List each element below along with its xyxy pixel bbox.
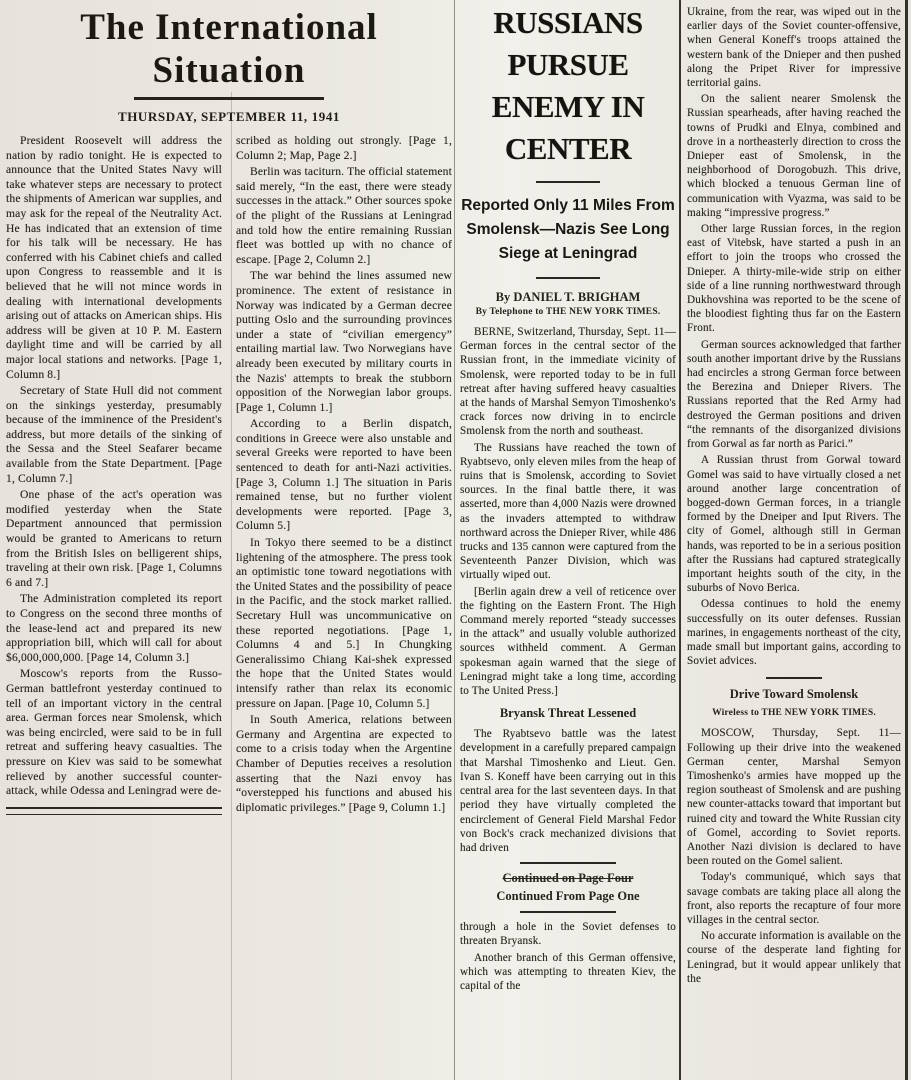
title-rule: [134, 97, 324, 100]
paragraph: Other large Russian forces, in the regio…: [687, 222, 901, 336]
paragraph: [Berlin again drew a veil of reticence o…: [460, 585, 676, 699]
left-column-2: scribed as holding out strongly. [Page 1…: [236, 134, 452, 817]
subhead-rule: [536, 277, 600, 279]
section-international-situation: The International Situation THURSDAY, SE…: [6, 6, 452, 817]
paragraph: Another branch of this German offensive,…: [460, 951, 676, 994]
subhead-line: Smolensk—Nazis See Long: [460, 218, 676, 242]
paragraph: Ukraine, from the rear, was wiped out in…: [687, 5, 901, 90]
article-continuation-column: Ukraine, from the rear, was wiped out in…: [687, 5, 901, 988]
paragraph: According to a Berlin dispatch, conditio…: [236, 417, 452, 534]
paragraph: Odessa continues to hold the enemy succe…: [687, 597, 901, 668]
article-subhead: Reported Only 11 Miles FromSmolensk—Nazi…: [460, 194, 676, 266]
continuation-body-2: MOSCOW, Thursday, Sept. 11—Following up …: [687, 726, 901, 986]
left-column-1: President Roosevelt will address the nat…: [6, 134, 222, 817]
byline: By DANIEL T. BRIGHAM: [460, 290, 676, 305]
crosshead-bryansk-threat: Bryansk Threat Lessened: [460, 706, 676, 721]
paragraph: Today's communiqué, which says that sava…: [687, 870, 901, 927]
paragraph: The war behind the lines assumed new pro…: [236, 269, 452, 415]
paragraph: The Ryabtsevo battle was the latest deve…: [460, 727, 676, 855]
headline-line: ENEMY IN CENTER: [460, 86, 676, 170]
paragraph: President Roosevelt will address the nat…: [6, 134, 222, 382]
paragraph: scribed as holding out strongly. [Page 1…: [236, 134, 452, 163]
paragraph: A Russian thrust from Gorwal toward Gome…: [687, 453, 901, 595]
continued-on-note: Continued on Page Four: [460, 871, 676, 886]
article-body-1: BERNE, Switzerland, Thursday, Sept. 11—G…: [460, 325, 676, 698]
paragraph: BERNE, Switzerland, Thursday, Sept. 11—G…: [460, 325, 676, 439]
article-body-3: through a hole in the Soviet defenses to…: [460, 920, 676, 993]
wire-credit: Wireless to THE NEW YORK TIMES.: [687, 708, 901, 718]
subhead-line: Reported Only 11 Miles From: [460, 194, 676, 218]
paragraph: Berlin was taciturn. The official statem…: [236, 165, 452, 267]
crosshead-rule: [766, 677, 822, 679]
crosshead-drive-toward-smolensk: Drive Toward Smolensk: [687, 687, 901, 702]
left-columns: President Roosevelt will address the nat…: [6, 134, 452, 817]
page-edge-rule: [905, 0, 908, 1080]
paragraph: On the salient nearer Smolensk the Russi…: [687, 92, 901, 220]
paragraph: The Russians have reached the town of Ry…: [460, 441, 676, 583]
headline-line: RUSSIANS PURSUE: [460, 2, 676, 86]
paragraph: In South America, relations between Germ…: [236, 713, 452, 815]
paragraph: MOSCOW, Thursday, Sept. 11—Following up …: [687, 726, 901, 868]
continued-rule-bottom: [520, 911, 616, 913]
article-end-rule: [6, 807, 222, 815]
paragraph: In Tokyo there seemed to be a distinct l…: [236, 536, 452, 711]
paragraph: One phase of the act's operation was mod…: [6, 488, 222, 590]
paragraph: No accurate information is available on …: [687, 929, 901, 986]
newspaper-page: The International Situation THURSDAY, SE…: [0, 0, 911, 1080]
article-russians-pursue-enemy: RUSSIANS PURSUEENEMY IN CENTER Reported …: [460, 2, 676, 995]
paragraph: German sources acknowledged that farther…: [687, 338, 901, 452]
column-divider: [679, 0, 681, 1080]
paragraph: Secretary of State Hull did not comment …: [6, 384, 222, 486]
continued-rule-top: [520, 862, 616, 864]
left-column-1-body: President Roosevelt will address the nat…: [6, 134, 222, 799]
paragraph: Moscow's reports from the Russo-German b…: [6, 667, 222, 798]
continuation-body-1: Ukraine, from the rear, was wiped out in…: [687, 5, 901, 668]
column-divider: [454, 0, 455, 1080]
paragraph: through a hole in the Soviet defenses to…: [460, 920, 676, 948]
section-title: The International Situation: [6, 6, 452, 92]
paragraph: The Administration completed its report …: [6, 592, 222, 665]
article-headline: RUSSIANS PURSUEENEMY IN CENTER: [460, 2, 676, 170]
article-body-2: The Ryabtsevo battle was the latest deve…: [460, 727, 676, 855]
continued-from-note: Continued From Page One: [460, 889, 676, 904]
dateline: THURSDAY, SEPTEMBER 11, 1941: [6, 109, 452, 125]
headline-rule: [536, 181, 600, 183]
subhead-line: Siege at Leningrad: [460, 242, 676, 266]
byline-credit: By Telephone to THE NEW YORK TIMES.: [460, 307, 676, 317]
